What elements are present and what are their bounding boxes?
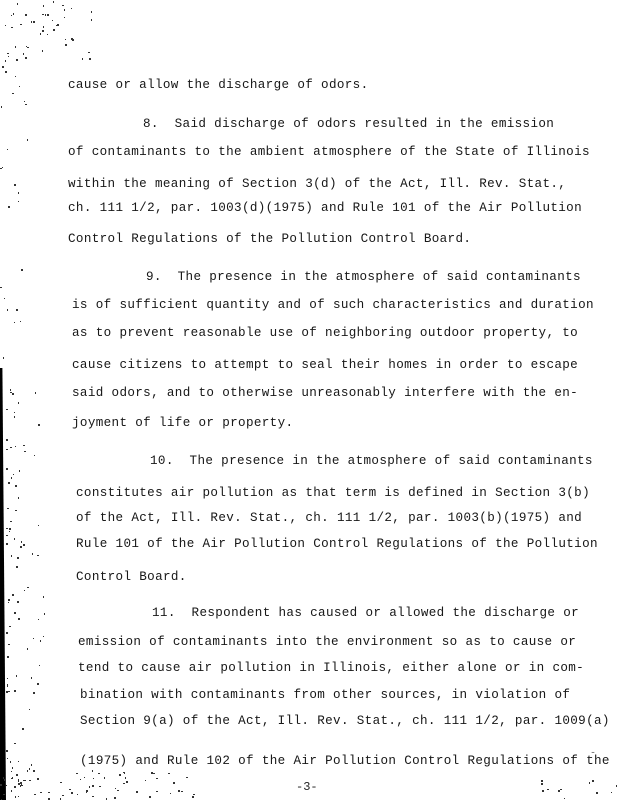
noise-dot [23, 445, 25, 447]
noise-dot [18, 618, 20, 620]
noise-dot [14, 743, 16, 745]
noise-dot [92, 785, 94, 787]
noise-dot [16, 309, 18, 311]
noise-dot [192, 796, 194, 798]
noise-dot [37, 683, 39, 685]
noise-dot [17, 557, 19, 559]
noise-dot [33, 21, 35, 23]
noise-dot [153, 773, 155, 775]
noise-dot [21, 269, 23, 271]
noise-dot [16, 774, 18, 776]
noise-dot [15, 446, 17, 448]
noise-dot [16, 566, 18, 568]
noise-dot [20, 24, 22, 26]
noise-dot [170, 793, 172, 795]
noise-dot [34, 794, 36, 796]
noise-dot [3, 794, 5, 796]
noise-dot [127, 782, 129, 784]
noise-dot [14, 322, 16, 324]
noise-dot [11, 555, 13, 557]
noise-dot [114, 797, 116, 799]
noise-dot [19, 470, 21, 472]
noise-dot [84, 777, 86, 779]
noise-dot [24, 780, 26, 782]
noise-dot [15, 46, 17, 48]
noise-dot [123, 783, 125, 785]
noise-dot [38, 525, 40, 527]
text-line: Control Board. [76, 570, 187, 584]
noise-dot [88, 52, 90, 54]
noise-dot [43, 636, 45, 638]
noise-dot [20, 321, 22, 323]
noise-dot [47, 14, 49, 16]
noise-dot [37, 778, 39, 780]
noise-dot [11, 790, 13, 792]
noise-dot [104, 777, 106, 779]
noise-dot [8, 691, 10, 693]
noise-dot [27, 47, 29, 49]
noise-dot [38, 619, 40, 621]
noise-dot [92, 796, 94, 798]
text-line: is of sufficient quantity and of such ch… [72, 298, 594, 312]
noise-dot [616, 785, 618, 787]
noise-dot [15, 510, 17, 512]
noise-dot [7, 686, 9, 688]
noise-dot [93, 778, 95, 780]
noise-dot [65, 39, 67, 41]
text-line: bination with contaminants from other so… [80, 688, 570, 702]
noise-dot [18, 781, 20, 783]
noise-dot [11, 27, 13, 29]
noise-dot [38, 424, 40, 426]
noise-dot [98, 773, 100, 775]
noise-dot [6, 409, 8, 411]
noise-dot [145, 780, 147, 782]
noise-dot [27, 139, 29, 141]
noise-dot [5, 25, 7, 27]
noise-dot [8, 602, 10, 604]
text-line: ch. 111 1/2, par. 1003(d)(1975) and Rule… [68, 201, 582, 215]
noise-dot [6, 528, 8, 530]
scan-shadow-edge [0, 368, 6, 800]
noise-dot [24, 590, 26, 592]
paragraph-11-start: 11. Respondent has caused or allowed the… [152, 606, 579, 620]
noise-dot [39, 665, 41, 667]
noise-dot [547, 789, 549, 791]
noise-dot [71, 8, 73, 10]
noise-dot [27, 770, 29, 772]
noise-dot [3, 357, 5, 359]
text-line: as to prevent reasonable use of neighbor… [72, 326, 578, 340]
noise-dot [91, 19, 93, 21]
noise-dot [10, 761, 12, 763]
noise-dot [80, 779, 82, 781]
noise-dot [6, 785, 8, 787]
noise-dot [119, 774, 121, 776]
noise-dot [62, 795, 64, 797]
text-line: of the Act, Ill. Rev. Stat., ch. 111 1/2… [76, 511, 582, 525]
noise-dot [156, 791, 158, 793]
noise-dot [168, 773, 170, 775]
noise-dot [23, 544, 25, 546]
noise-dot [32, 553, 34, 555]
noise-dot [43, 26, 45, 28]
noise-dot [92, 770, 94, 772]
noise-dot [60, 782, 62, 784]
noise-dot [8, 482, 10, 484]
noise-dot [18, 497, 20, 499]
noise-dot [12, 767, 14, 769]
page-number: -3- [296, 780, 318, 794]
paragraph-9-start: 9. The presence in the atmosphere of sai… [146, 270, 581, 284]
noise-dot [5, 60, 7, 62]
noise-dot [0, 784, 2, 786]
noise-dot [8, 56, 10, 58]
text-line: said odors, and to otherwise unreasonabl… [72, 386, 578, 400]
noise-dot [48, 792, 50, 794]
noise-dot [29, 768, 31, 770]
noise-dot [42, 30, 44, 32]
noise-dot [31, 677, 33, 679]
noise-dot [37, 555, 39, 557]
noise-dot [44, 613, 46, 615]
noise-dot [21, 541, 23, 543]
noise-dot [6, 632, 8, 634]
noise-dot [178, 790, 180, 792]
text-line: emission of contaminants into the enviro… [78, 635, 576, 649]
noise-dot [91, 11, 93, 13]
noise-dot [12, 93, 14, 95]
noise-dot [82, 58, 84, 60]
noise-dot [47, 34, 49, 36]
noise-dot [33, 770, 35, 772]
noise-dot [43, 596, 45, 598]
noise-dot [31, 21, 33, 23]
noise-dot [29, 709, 31, 711]
noise-dot [7, 309, 9, 311]
noise-dot [17, 3, 19, 5]
noise-dot [86, 791, 88, 793]
noise-dot [7, 656, 9, 658]
noise-dot [125, 777, 127, 779]
noise-dot [69, 789, 71, 791]
noise-dot [560, 789, 562, 791]
noise-dot [4, 298, 6, 300]
text-line: within the meaning of Section 3(d) of th… [68, 177, 566, 191]
noise-dot [65, 44, 67, 46]
noise-dot [1, 106, 3, 108]
noise-dot [14, 416, 16, 418]
noise-dot [14, 786, 16, 788]
noise-dot [558, 790, 560, 792]
noise-dot [6, 750, 8, 752]
noise-dot [9, 528, 11, 530]
noise-dot [6, 535, 8, 537]
noise-dot [40, 33, 42, 35]
noise-dot [18, 796, 20, 798]
noise-dot [12, 594, 14, 596]
noise-dot [7, 508, 9, 510]
text-line: cause citizens to attempt to seal their … [72, 358, 578, 372]
noise-dot [21, 784, 23, 786]
noise-dot [26, 46, 28, 48]
noise-dot [9, 626, 11, 628]
text-line: constitutes air pollution as that term i… [76, 486, 590, 500]
text-line: Control Regulations of the Pollution Con… [68, 232, 471, 246]
noise-dot [57, 24, 59, 26]
noise-dot [33, 692, 35, 694]
noise-dot [186, 777, 188, 779]
noise-dot [42, 14, 44, 16]
noise-dot [12, 393, 14, 395]
noise-dot [611, 792, 613, 794]
noise-dot [24, 101, 26, 103]
noise-dot [541, 783, 543, 785]
noise-dot [23, 780, 25, 782]
noise-dot [20, 546, 22, 548]
noise-dot [77, 794, 79, 796]
noise-dot [6, 691, 8, 693]
noise-dot [14, 184, 16, 186]
noise-dot [31, 764, 33, 766]
text-line: tend to cause air pollution in Illinois,… [78, 661, 584, 675]
noise-dot [35, 392, 37, 394]
noise-dot [149, 796, 151, 798]
noise-dot [17, 601, 19, 603]
noise-dot [6, 449, 8, 451]
noise-dot [0, 287, 2, 289]
noise-dot [40, 640, 42, 642]
noise-dot [7, 758, 9, 760]
noise-dot [6, 468, 8, 470]
noise-dot [14, 538, 16, 540]
noise-dot [89, 786, 91, 788]
noise-dot [7, 544, 9, 546]
noise-dot [15, 76, 17, 78]
noise-dot [45, 14, 47, 16]
noise-dot [14, 612, 16, 614]
noise-dot [43, 5, 45, 7]
noise-dot [2, 167, 4, 169]
noise-dot [173, 782, 175, 784]
text-line: Rule 101 of the Air Pollution Control Re… [76, 537, 598, 551]
noise-dot [18, 192, 20, 194]
noise-dot [8, 206, 10, 208]
noise-dot [64, 17, 66, 19]
noise-dot [7, 678, 9, 680]
text-line: of contaminants to the ambient atmospher… [68, 145, 590, 159]
noise-dot [2, 66, 4, 68]
noise-dot [33, 638, 35, 640]
noise-dot [27, 648, 29, 650]
noise-dot [3, 777, 5, 779]
noise-dot [193, 794, 195, 796]
noise-dot [4, 779, 6, 781]
noise-dot [7, 53, 9, 55]
noise-dot [42, 50, 44, 52]
noise-dot [11, 477, 13, 479]
noise-dot [136, 791, 138, 793]
noise-dot [115, 788, 117, 790]
noise-dot [21, 785, 23, 787]
noise-dot [53, 1, 55, 3]
text-line: cause or allow the discharge of odors. [68, 78, 368, 92]
noise-dot [10, 389, 12, 391]
noise-dot [25, 14, 27, 16]
noise-dot [18, 402, 20, 404]
noise-dot [22, 728, 24, 730]
noise-dot [27, 587, 29, 589]
text-line: (1975) and Rule 102 of the Air Pollution… [80, 754, 610, 768]
noise-dot [6, 439, 8, 441]
noise-dot [10, 521, 12, 523]
noise-dot [62, 5, 64, 7]
noise-dot [589, 782, 591, 784]
noise-dot [15, 485, 17, 487]
noise-dot [18, 201, 20, 203]
noise-dot [14, 412, 16, 414]
noise-dot [10, 447, 12, 449]
noise-dot [76, 773, 78, 775]
noise-dot [25, 57, 27, 59]
noise-dot [99, 786, 101, 788]
noise-dot [29, 780, 31, 782]
noise-dot [592, 780, 594, 782]
noise-dot [11, 778, 13, 780]
noise-dot [9, 531, 11, 533]
noise-dot [34, 455, 36, 457]
noise-dot [13, 474, 15, 476]
noise-dot [23, 53, 25, 55]
noise-dot [24, 451, 26, 453]
noise-dot [25, 104, 27, 106]
noise-dot [18, 761, 20, 763]
noise-dot [16, 675, 18, 677]
noise-dot [123, 772, 125, 774]
paragraph-8-start: 8. Said discharge of odors resulted in t… [143, 117, 554, 131]
noise-dot [542, 790, 544, 792]
noise-dot [7, 684, 9, 686]
noise-dot [181, 791, 183, 793]
text-line: Section 9(a) of the Act, Ill. Rev. Stat.… [80, 714, 610, 728]
noise-dot [71, 792, 73, 794]
noise-dot [596, 792, 598, 794]
noise-dot [71, 38, 73, 40]
noise-dot [541, 780, 543, 782]
noise-dot [14, 690, 16, 692]
noise-dot [64, 9, 66, 11]
noise-dot [11, 771, 13, 773]
margin-mark: ˉ [590, 752, 596, 763]
noise-dot [19, 86, 21, 88]
noise-dot [117, 790, 119, 792]
noise-dot [156, 778, 158, 780]
noise-dot [8, 644, 10, 646]
noise-dot [564, 798, 566, 800]
noise-dot [52, 20, 54, 22]
noise-dot [16, 59, 18, 61]
noise-dot [5, 71, 7, 73]
noise-dot [18, 783, 20, 785]
noise-dot [40, 792, 42, 794]
noise-dot [89, 58, 91, 60]
paragraph-10-start: 10. The presence in the atmosphere of sa… [150, 454, 593, 468]
noise-dot [53, 29, 55, 31]
noise-dot [7, 149, 9, 151]
noise-dot [15, 796, 17, 798]
text-line: joyment of life or property. [72, 416, 293, 430]
document-page: cause or allow the discharge of odors. 8… [0, 0, 623, 800]
noise-dot [8, 599, 10, 601]
noise-dot [13, 13, 15, 15]
